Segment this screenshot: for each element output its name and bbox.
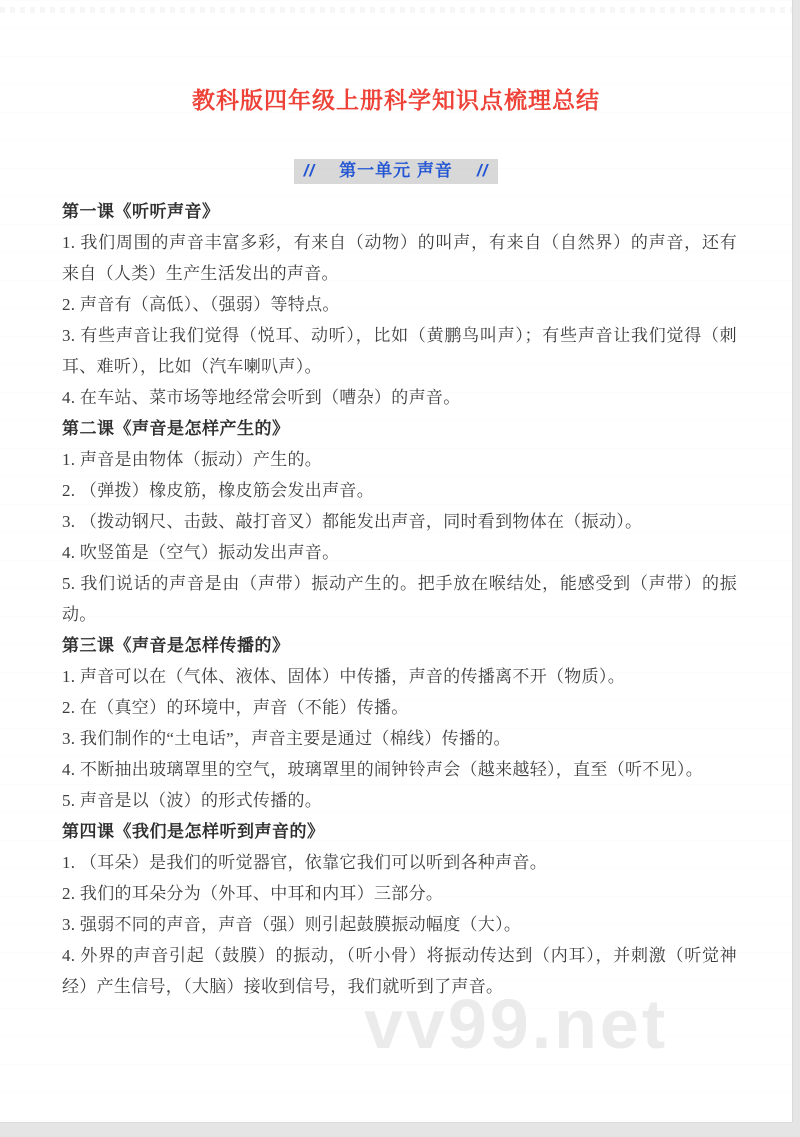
lesson-section-2: 第二课《声音是怎样产生的》 1. 声音是由物体（振动）产生的。 2. （弹拨）橡… (62, 413, 737, 630)
knowledge-point: 3. 强弱不同的声音，声音（强）则引起鼓膜振动幅度（大）。 (62, 909, 737, 940)
knowledge-point: 3. 有些声音让我们觉得（悦耳、动听），比如（黄鹏鸟叫声）；有些声音让我们觉得（… (62, 320, 737, 382)
knowledge-point: 5. 我们说话的声音是由（声带）振动产生的。把手放在喉结处，能感受到（声带）的振… (62, 568, 737, 630)
knowledge-point: 2. 我们的耳朵分为（外耳、中耳和内耳）三部分。 (62, 878, 737, 909)
knowledge-point: 3. （拨动钢尺、击鼓、敲打音叉）都能发出声音，同时看到物体在（振动）。 (62, 506, 737, 537)
document-content: 第一课《听听声音》 1. 我们周围的声音丰富多彩，有来自（动物）的叫声，有来自（… (62, 196, 737, 1002)
document-title: 教科版四年级上册科学知识点梳理总结 (0, 0, 792, 115)
banner-left-slashes: // (304, 161, 315, 180)
unit-banner-row: //第一单元 声音// (0, 159, 792, 184)
knowledge-point: 2. 声音有（高低）、（强弱）等特点。 (62, 289, 737, 320)
unit-banner: //第一单元 声音// (294, 159, 499, 184)
knowledge-point: 1. 我们周围的声音丰富多彩，有来自（动物）的叫声，有来自（自然界）的声音，还有… (62, 227, 737, 289)
document-page: 教科版四年级上册科学知识点梳理总结 //第一单元 声音// 第一课《听听声音》 … (0, 0, 792, 1122)
document-viewer: { "document": { "title": "教科版四年级上册科学知识点梳… (0, 0, 800, 1137)
lesson-section-3: 第三课《声音是怎样传播的》 1. 声音可以在（气体、液体、固体）中传播，声音的传… (62, 630, 737, 816)
unit-banner-label: 第一单元 声音 (339, 161, 453, 180)
lesson-heading: 第二课《声音是怎样产生的》 (62, 413, 737, 444)
knowledge-point: 1. （耳朵）是我们的听觉器官，依靠它我们可以听到各种声音。 (62, 847, 737, 878)
knowledge-point: 4. 在车站、菜市场等地经常会听到（嘈杂）的声音。 (62, 382, 737, 413)
banner-right-slashes: // (477, 161, 488, 180)
lesson-heading: 第四课《我们是怎样听到声音的》 (62, 816, 737, 847)
lesson-heading: 第三课《声音是怎样传播的》 (62, 630, 737, 661)
knowledge-point: 4. 吹竖笛是（空气）振动发出声音。 (62, 537, 737, 568)
knowledge-point: 4. 外界的声音引起（鼓膜）的振动，（听小骨）将振动传达到（内耳），并刺激（听觉… (62, 940, 737, 1002)
knowledge-point: 3. 我们制作的“土电话”，声音主要是通过（棉线）传播的。 (62, 723, 737, 754)
lesson-heading: 第一课《听听声音》 (62, 196, 737, 227)
knowledge-point: 1. 声音是由物体（振动）产生的。 (62, 444, 737, 475)
knowledge-point: 2. 在（真空）的环境中，声音（不能）传播。 (62, 692, 737, 723)
lesson-section-4: 第四课《我们是怎样听到声音的》 1. （耳朵）是我们的听觉器官，依靠它我们可以听… (62, 816, 737, 1002)
knowledge-point: 1. 声音可以在（气体、液体、固体）中传播，声音的传播离不开（物质）。 (62, 661, 737, 692)
page-top-perforation (0, 7, 792, 13)
knowledge-point: 5. 声音是以（波）的形式传播的。 (62, 785, 737, 816)
knowledge-point: 4. 不断抽出玻璃罩里的空气，玻璃罩里的闹钟铃声会（越来越轻），直至（听不见）。 (62, 754, 737, 785)
knowledge-point: 2. （弹拨）橡皮筋，橡皮筋会发出声音。 (62, 475, 737, 506)
lesson-section-1: 第一课《听听声音》 1. 我们周围的声音丰富多彩，有来自（动物）的叫声，有来自（… (62, 196, 737, 413)
